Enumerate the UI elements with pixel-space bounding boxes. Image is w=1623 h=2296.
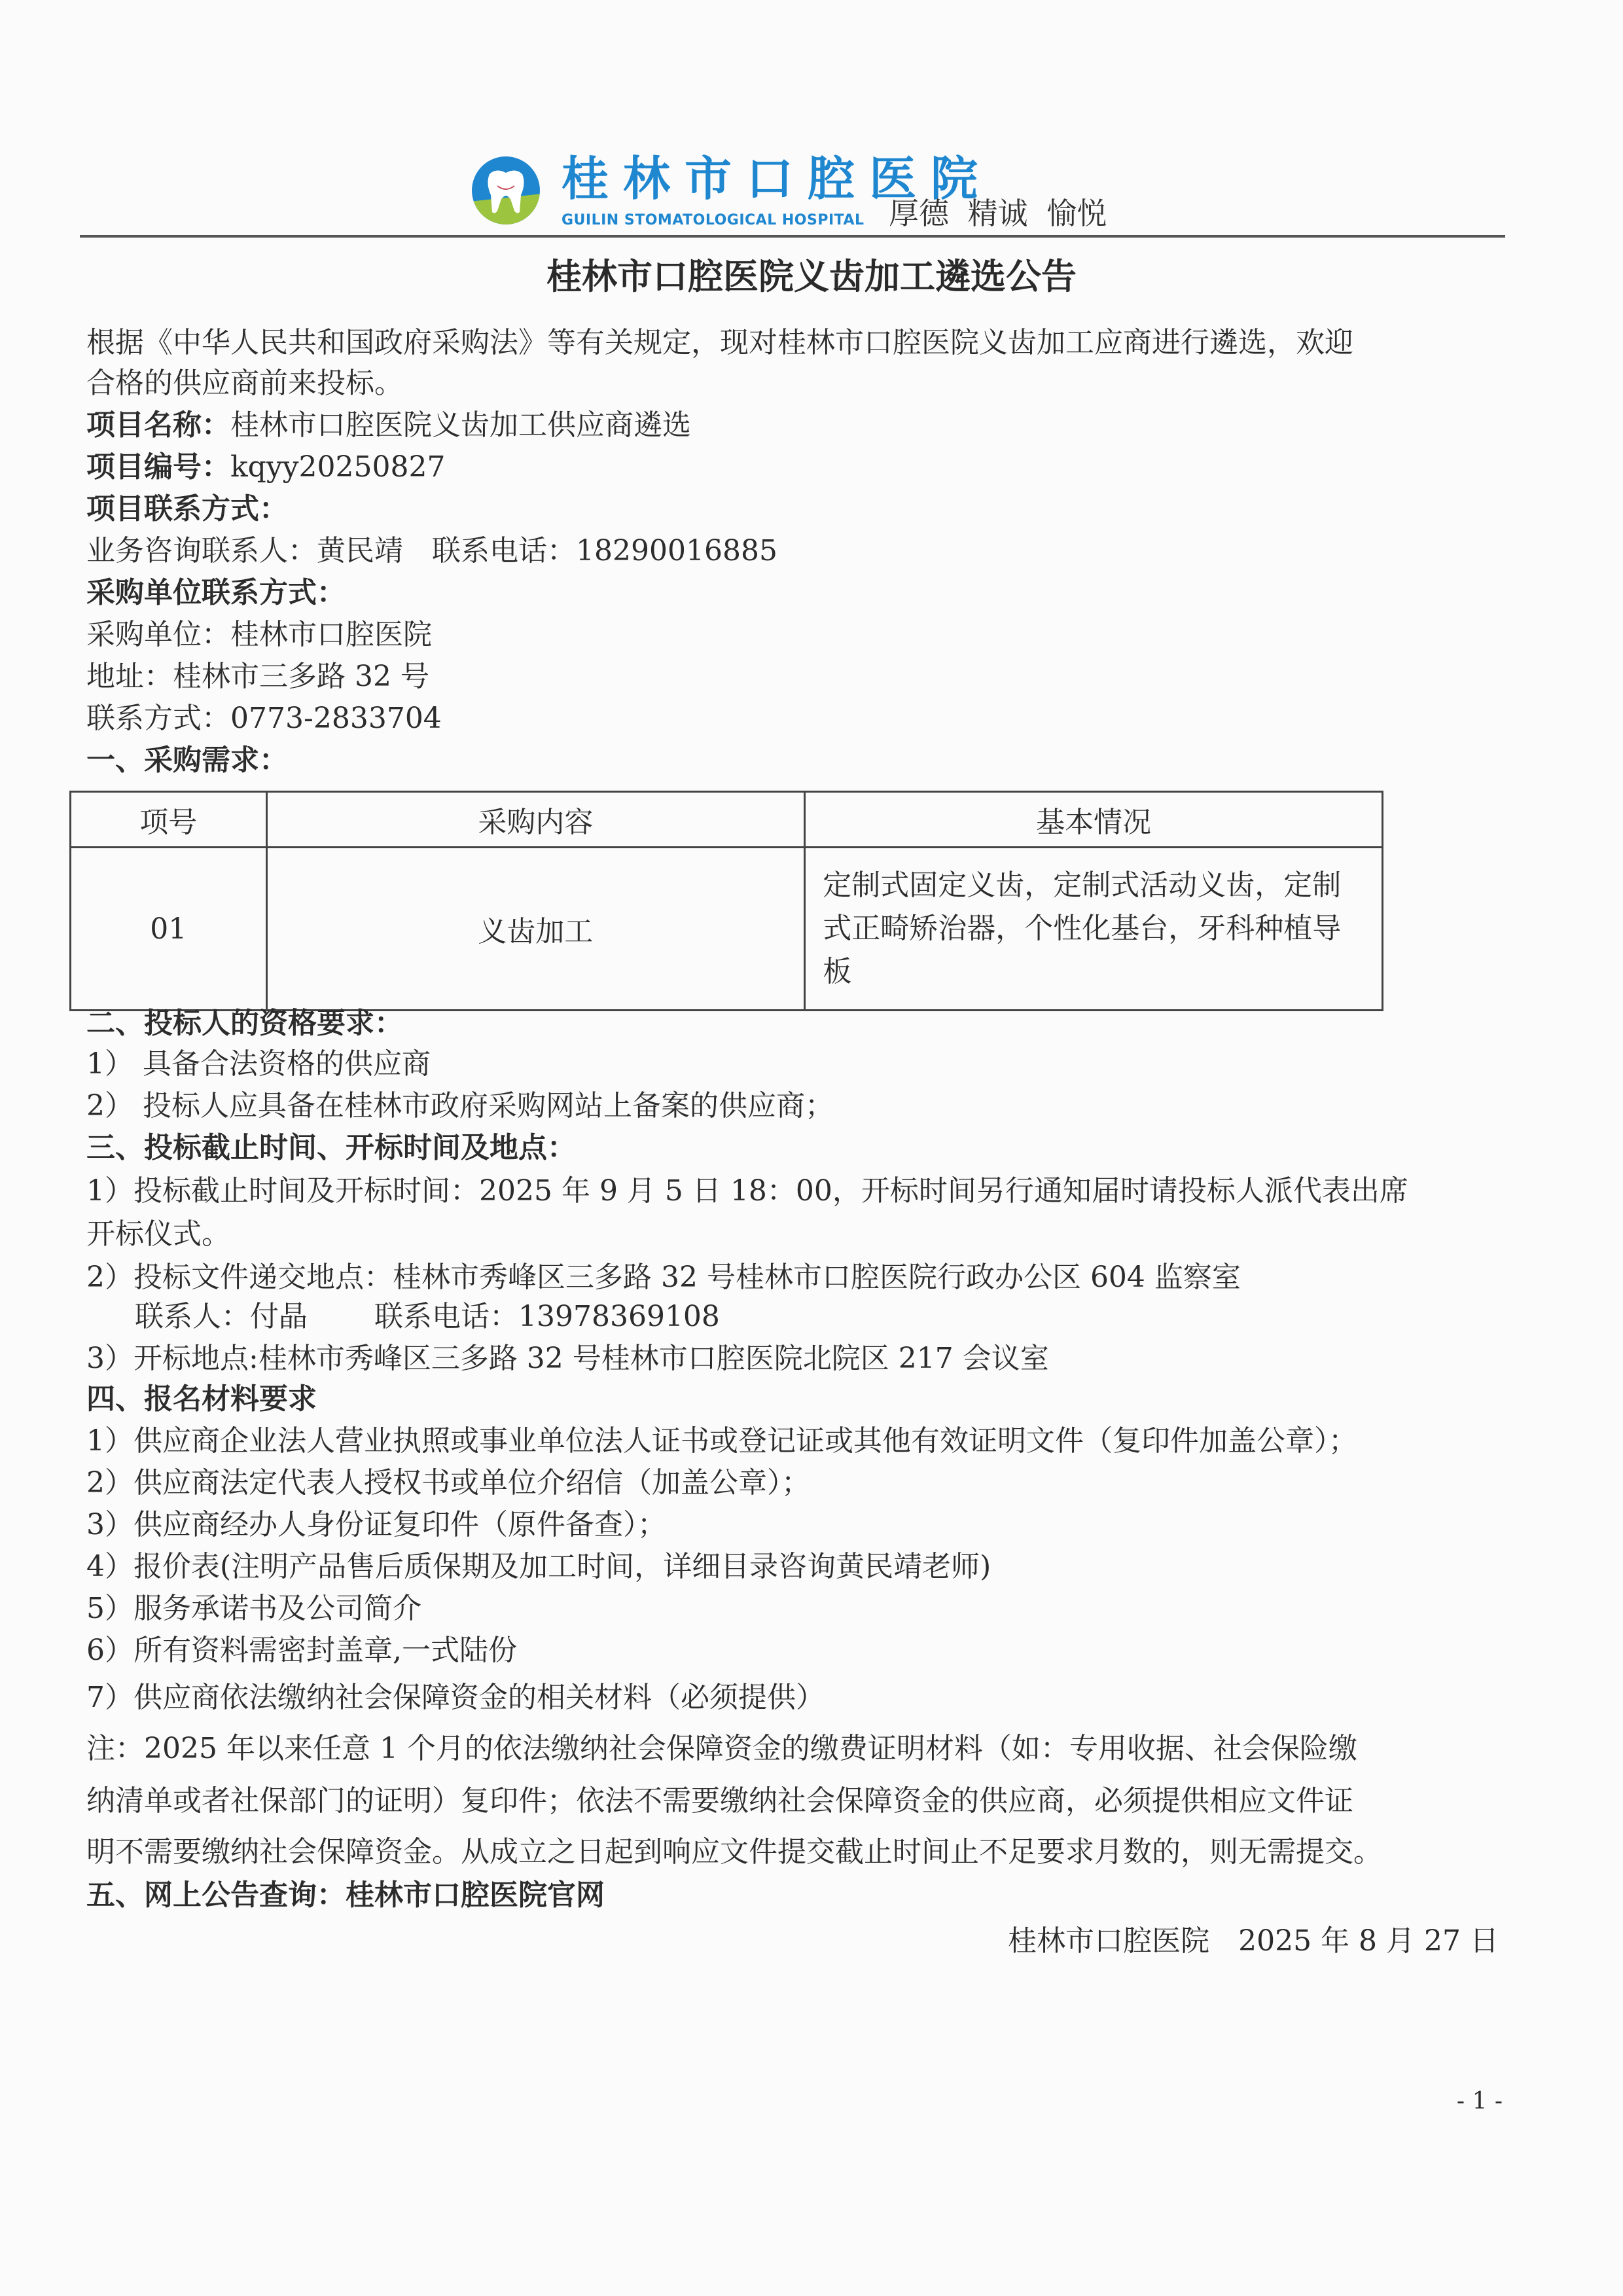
page-title: 桂林市口腔医院义齿加工遴选公告	[0, 254, 1623, 300]
deadline-line-2: 开标仪式。	[86, 1215, 230, 1254]
note-line: 纳清单或者社保部门的证明）复印件；依法不需要缴纳社会保障资金的供应商，必须提供相…	[86, 1782, 1353, 1821]
project-code-label: 项目编号：	[86, 450, 230, 484]
material-item: 7）供应商依法缴纳社会保障资金的相关材料（必须提供）	[86, 1678, 825, 1717]
table-header-row: 项号 采购内容 基本情况	[71, 792, 1383, 848]
material-item: 6）所有资料需密封盖章,一式陆份	[86, 1631, 517, 1670]
section-3-heading: 三、投标截止时间、开标时间及地点：	[86, 1128, 576, 1168]
deadline-line-1: 1）投标截止时间及开标时间：2025 年 9 月 5 日 18：00，开标时间另…	[86, 1172, 1408, 1211]
signature-org: 桂林市口腔医院	[1008, 1924, 1209, 1958]
table-header-cell: 项号	[71, 792, 267, 848]
item-description-cell: 定制式固定义齿，定制式活动义齿，定制式正畸矫治器，个性化基台，牙科种植导板	[805, 848, 1383, 1011]
submission-location: 2）投标文件递交地点：桂林市秀峰区三多路 32 号桂林市口腔医院行政办公区 60…	[86, 1258, 1241, 1297]
project-name-label: 项目名称：	[86, 408, 230, 442]
letterhead: 桂林市口腔医院 GUILIN STOMATOLOGICAL HOSPITAL 厚…	[470, 149, 1190, 234]
material-item: 1）供应商企业法人营业执照或事业单位法人证书或登记证或其他有效证明文件（复印件加…	[86, 1422, 1357, 1461]
table-header-cell: 采购内容	[266, 792, 805, 848]
project-code-value: kqyy20250827	[230, 450, 446, 484]
section-1-heading: 一、采购需求：	[86, 741, 288, 780]
table-header-cell: 基本情况	[805, 792, 1383, 848]
purchaser-address: 地址：桂林市三多路 32 号	[86, 657, 429, 696]
signature: 桂林市口腔医院 2025 年 8 月 27 日	[1008, 1922, 1499, 1961]
tooth-logo-icon	[470, 154, 542, 226]
note-line: 注：2025 年以来任意 1 个月的依法缴纳社会保障资金的缴费证明材料（如：专用…	[86, 1729, 1357, 1768]
project-code: 项目编号：kqyy20250827	[86, 448, 446, 487]
opening-location: 3）开标地点:桂林市秀峰区三多路 32 号桂林市口腔医院北院区 217 会议室	[86, 1339, 1049, 1378]
purchaser-unit: 采购单位：桂林市口腔医院	[86, 615, 432, 655]
qualification-item: 2） 投标人应具备在桂林市政府采购网站上备案的供应商；	[86, 1086, 834, 1126]
material-item: 2）供应商法定代表人授权书或单位介绍信（加盖公章）；	[86, 1463, 810, 1503]
section-2-heading: 二、投标人的资格要求：	[86, 1004, 403, 1043]
purchaser-phone: 联系方式：0773-2833704	[86, 699, 442, 738]
section-5-heading: 五、网上公告查询：桂林市口腔医院官网	[86, 1876, 605, 1915]
material-item: 4）报价表(注明产品售后质保期及加工时间，详细目录咨询黄民靖老师)	[86, 1547, 991, 1587]
material-item: 3）供应商经办人身份证复印件（原件备查）；	[86, 1505, 666, 1545]
page-number: - 1 -	[1457, 2088, 1503, 2115]
section-4-heading: 四、报名材料要求	[86, 1380, 317, 1419]
intro-line-2: 合格的供应商前来投标。	[86, 364, 403, 403]
note-line: 明不需要缴纳社会保障资金。从成立之日起到响应文件提交截止时间止不足要求月数的，则…	[86, 1833, 1382, 1872]
project-name: 项目名称：桂林市口腔医院义齿加工供应商遴选	[86, 406, 691, 445]
table-row: 01 义齿加工 定制式固定义齿，定制式活动义齿，定制式正畸矫治器，个性化基台，牙…	[71, 848, 1383, 1011]
project-contact-line: 业务咨询联系人：黄民靖 联系电话：18290016885	[86, 531, 777, 571]
material-item: 5）服务承诺书及公司简介	[86, 1589, 421, 1628]
project-name-value: 桂林市口腔医院义齿加工供应商遴选	[230, 408, 691, 442]
header-divider	[80, 235, 1505, 238]
procurement-table: 项号 采购内容 基本情况 01 义齿加工 定制式固定义齿，定制式活动义齿，定制式…	[69, 791, 1383, 1011]
submission-contact: 联系人：付晶 联系电话：13978369108	[135, 1297, 720, 1336]
hospital-name-en: GUILIN STOMATOLOGICAL HOSPITAL	[562, 212, 865, 228]
project-contact-heading: 项目联系方式：	[86, 490, 288, 529]
item-content-cell: 义齿加工	[266, 848, 805, 1011]
hospital-motto: 厚德 精诚 愉悦	[889, 190, 1107, 233]
purchaser-heading: 采购单位联系方式：	[86, 573, 346, 613]
item-number-cell: 01	[71, 848, 267, 1011]
signature-date: 2025 年 8 月 27 日	[1238, 1924, 1499, 1958]
qualification-item: 1） 具备合法资格的供应商	[86, 1045, 431, 1084]
intro-line-1: 根据《中华人民共和国政府采购法》等有关规定，现对桂林市口腔医院义齿加工应商进行遴…	[86, 323, 1353, 363]
document-page: 桂林市口腔医院 GUILIN STOMATOLOGICAL HOSPITAL 厚…	[0, 0, 1623, 2296]
